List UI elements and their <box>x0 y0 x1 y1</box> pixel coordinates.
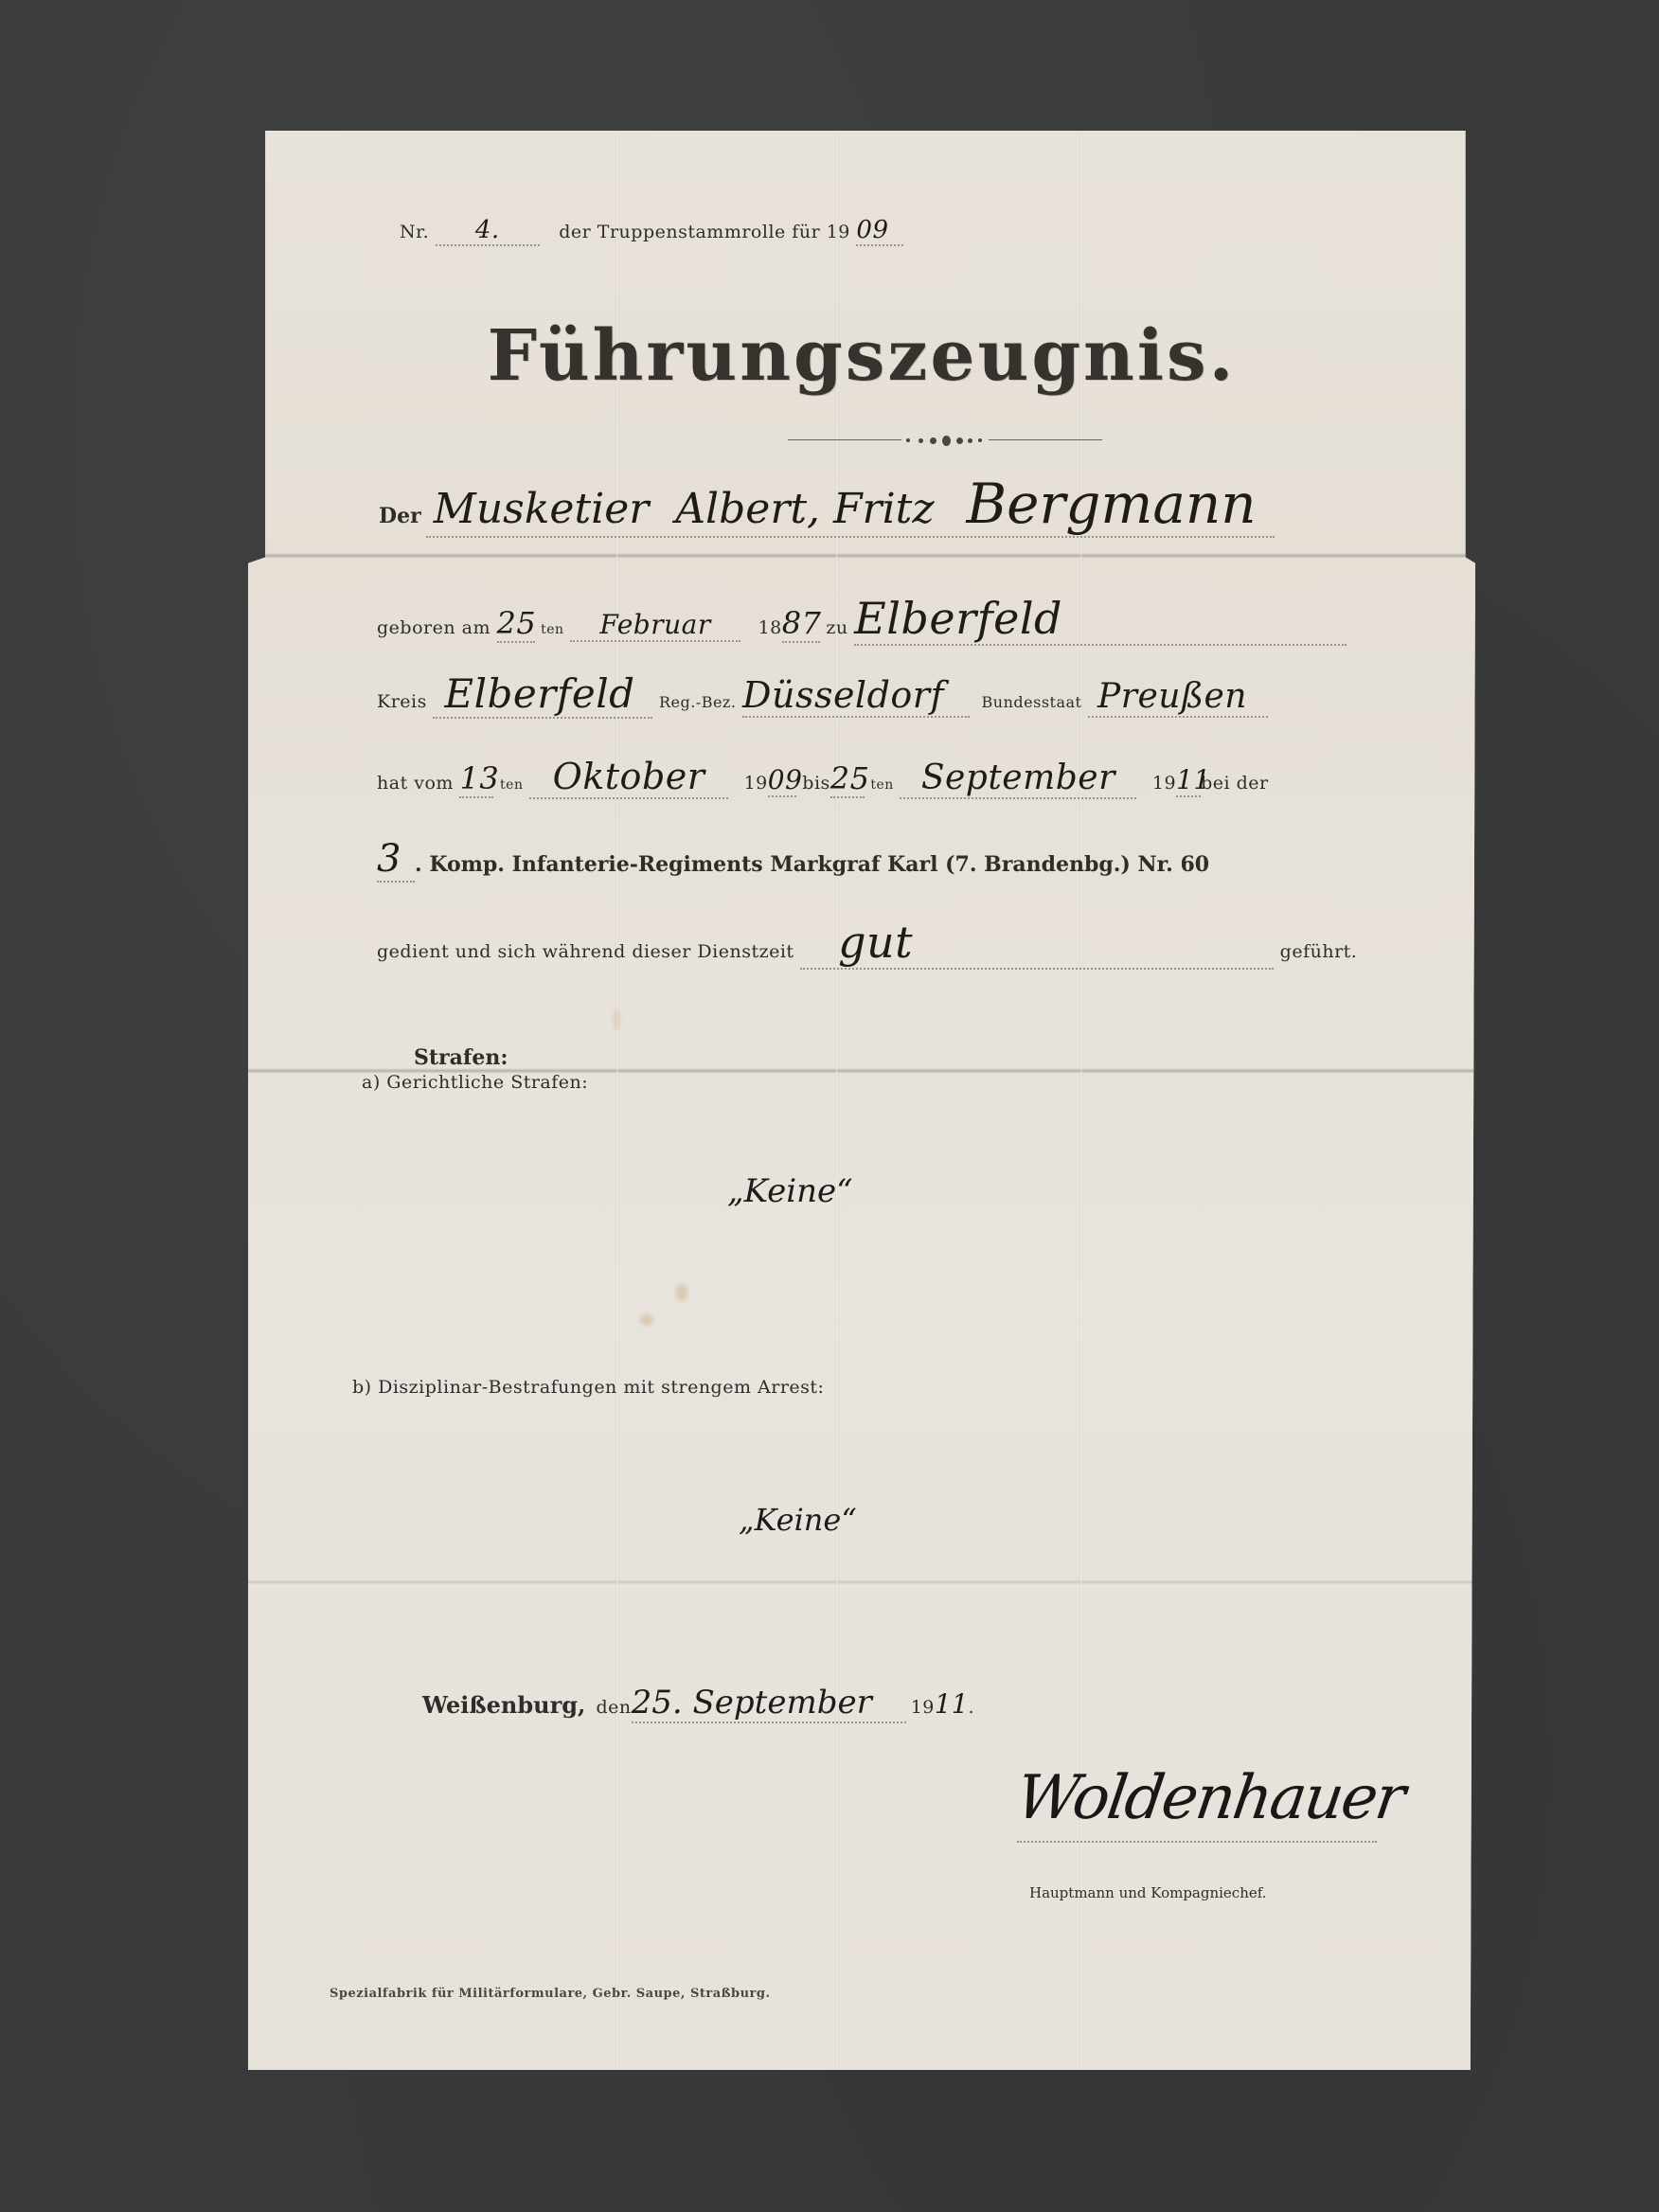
regbez-value: Düsseldorf <box>742 674 970 718</box>
printer-imprint: Spezialfabrik für Militärformulare, Gebr… <box>330 1987 771 2001</box>
title-ornament <box>788 434 1100 447</box>
birth-place-label: zu <box>826 617 847 638</box>
disciplinary-penalties-label: b) Disziplinar-Bestrafungen mit strengem… <box>352 1377 824 1398</box>
service-at-label: bei der <box>1201 773 1269 794</box>
service-from-day-suffix: ten <box>500 777 523 793</box>
horizontal-fold-lower <box>248 1579 1475 1585</box>
bundesstaat-value: Preußen <box>1088 677 1268 718</box>
nr-label: Nr. <box>400 222 429 242</box>
birth-line: geboren am 25 ten Februar 1887 zu Elberf… <box>377 593 1347 646</box>
den-label: den <box>596 1697 631 1718</box>
foxing-stain <box>676 1284 687 1301</box>
service-to-label: bis <box>802 773 830 794</box>
subject-surname: Bergmann <box>967 472 1257 536</box>
birth-year: 87 <box>782 605 820 643</box>
foxing-stain <box>640 1314 653 1326</box>
service-to-year: 11 <box>1176 764 1201 797</box>
subject-name: Musketier Albert, Fritz Bergmann <box>426 472 1275 538</box>
issue-year-prefix: 19 <box>911 1697 935 1718</box>
birth-place: Elberfeld <box>854 593 1347 646</box>
court-penalties-label: a) Gerichtliche Strafen: <box>362 1072 588 1093</box>
service-from-year: 09 <box>768 764 796 797</box>
conduct-label: gedient und sich während dieser Dienstze… <box>377 941 794 962</box>
certificate-paper: Nr. 4. der Truppenstammrolle für 19 09 F… <box>248 131 1475 2070</box>
unit-line: 3. Komp. Infanterie-Regiments Markgraf K… <box>377 837 1209 883</box>
subject-given-names: Albert, Fritz <box>675 485 934 533</box>
service-to-day: 25 <box>830 760 865 798</box>
court-penalties-value: „Keine“ <box>727 1172 853 1210</box>
unit-text: . Komp. Infanterie-Regiments Markgraf Ka… <box>415 852 1209 877</box>
disciplinary-penalties-value: „Keine“ <box>739 1502 857 1538</box>
issue-period: . <box>969 1697 975 1718</box>
birth-label: geboren am <box>377 617 491 638</box>
subject-line: Der Musketier Albert, Fritz Bergmann <box>379 472 1275 538</box>
place-date-line: Weißenburg, den25. September 1911. <box>422 1684 974 1723</box>
bundesstaat-label: Bundesstaat <box>982 693 1082 711</box>
subject-rank: Musketier <box>434 485 650 533</box>
signature: Woldenhauer <box>1012 1763 1408 1833</box>
conduct-value: gut <box>800 917 1274 970</box>
nr-value: 4. <box>436 216 540 246</box>
signature-line: Woldenhauer <box>1017 1750 1377 1843</box>
document-title: Führungszeugnis. <box>248 315 1475 397</box>
birth-year-prefix: 18 <box>758 617 782 638</box>
vertical-fold-2 <box>835 131 838 2070</box>
service-to-month: September <box>900 758 1136 799</box>
signatory-title: Hauptmann und Kompagniechef. <box>1029 1884 1267 1901</box>
service-from-month: Oktober <box>529 756 728 799</box>
issue-year: 11 <box>935 1688 969 1720</box>
service-from-day: 13 <box>459 760 493 798</box>
roll-text: der Truppenstammrolle für 19 <box>559 222 850 242</box>
birth-day-suffix: ten <box>541 622 563 637</box>
service-to-day-suffix: ten <box>870 777 893 793</box>
horizontal-fold-top <box>248 553 1475 559</box>
place-name: Weißenburg, <box>422 1691 585 1719</box>
kreis-value: Elberfeld <box>433 670 652 719</box>
service-from-label: hat vom <box>377 773 454 794</box>
penalties-heading: Strafen: <box>414 1045 508 1070</box>
conduct-suffix: geführt. <box>1280 941 1358 962</box>
roll-year: 09 <box>856 216 903 246</box>
roll-number-line: Nr. 4. der Truppenstammrolle für 19 09 <box>400 216 903 246</box>
issue-date: 25. September <box>632 1684 906 1723</box>
regbez-label: Reg.-Bez. <box>659 693 737 711</box>
service-from-year-prefix: 19 <box>744 773 768 794</box>
district-line: Kreis Elberfeld Reg.-Bez. Düsseldorf Bun… <box>377 670 1268 719</box>
vertical-fold-1 <box>615 131 618 2070</box>
birth-month: Februar <box>570 609 740 642</box>
birth-day: 25 <box>497 605 535 643</box>
service-dates-line: hat vom 13 ten Oktober 1909 bis25 ten Se… <box>377 756 1269 799</box>
foxing-stain <box>613 1009 620 1030</box>
company-number: 3 <box>377 837 415 883</box>
subject-label: Der <box>379 504 421 528</box>
conduct-line: gedient und sich während dieser Dienstze… <box>377 917 1362 970</box>
service-to-year-prefix: 19 <box>1152 773 1176 794</box>
kreis-label: Kreis <box>377 691 427 712</box>
